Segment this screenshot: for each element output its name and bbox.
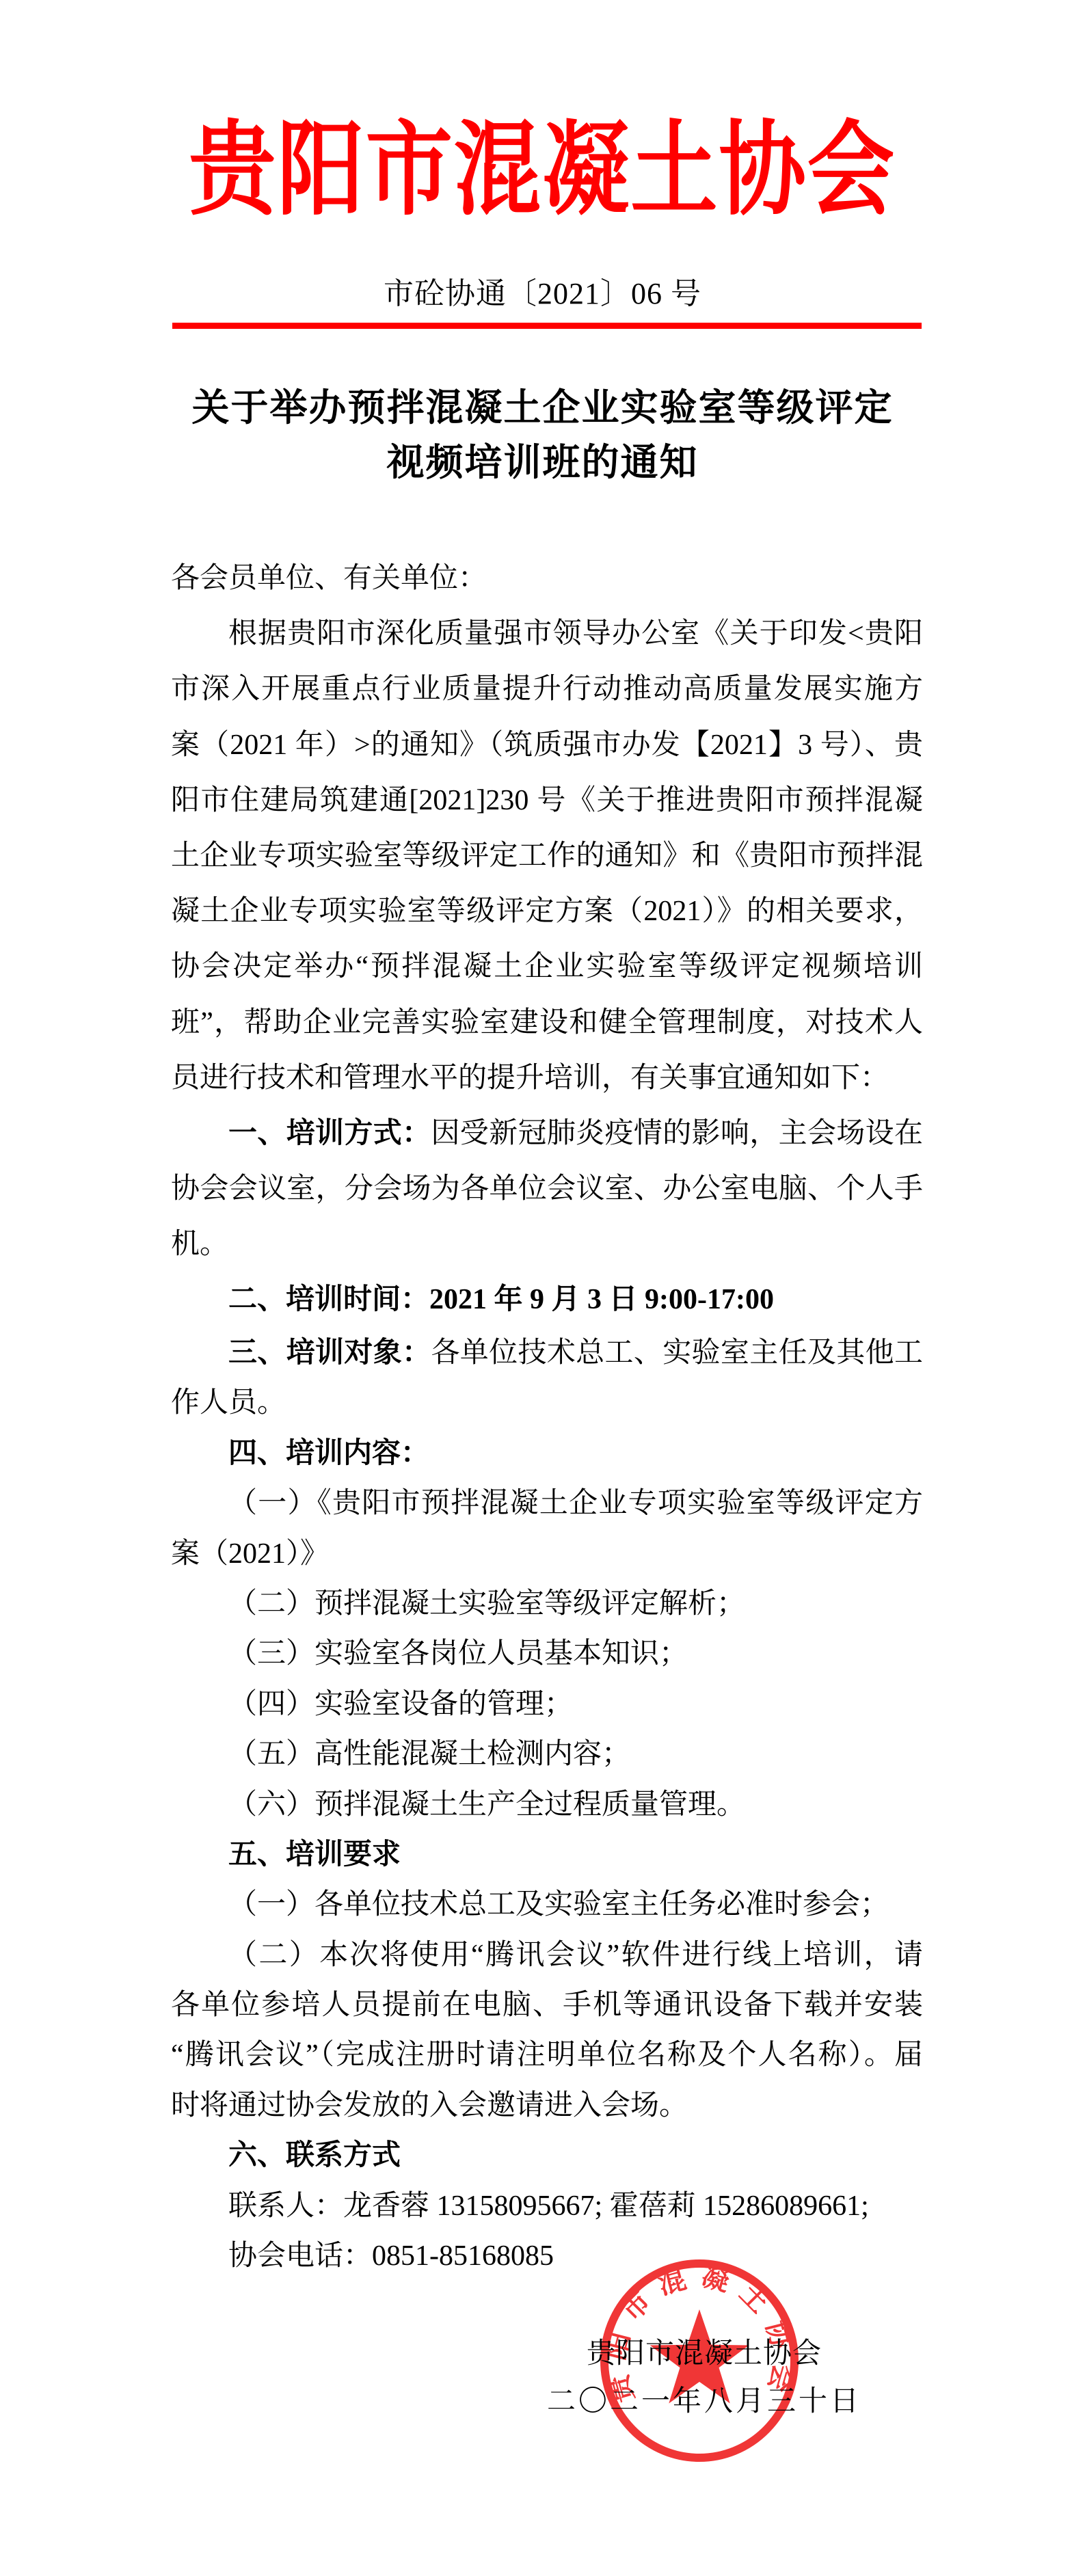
body-line: 协会决定举办“预拌混凝土企业实验室等级评定视频培训 [171,939,923,995]
signature-block: 贵阳市混凝土协会 二〇二一年八月三十日 [513,2333,896,2428]
signature-org: 贵阳市混凝土协会 [513,2333,896,2375]
body-line-bold-lead: 五、培训要求 [228,1839,401,1870]
body-line-bold-lead: 三、培训对象： [228,1337,431,1369]
body-line: 各单位参培人员提前在电脑、手机等通讯设备下载并安装 [171,1981,923,2030]
body-line: 三、培训对象：各单位技术总工、实验室主任及其他工 [171,1328,923,1378]
signature-date: 二〇二一年八月三十日 [513,2375,896,2428]
body-line: （二）预拌混凝土实验室等级评定解析； [171,1579,923,1629]
body-line: 班”，帮助企业完善实验室建设和健全管理制度，对技术人 [171,995,923,1051]
body-line: 各会员单位、有关单位： [171,551,923,606]
body-line: （五）高性能混凝土检测内容； [171,1730,923,1780]
body-line: （二）本次将使用“腾讯会议”软件进行线上培训，请 [171,1931,923,1981]
body-line: 一、培训方式：因受新冠肺炎疫情的影响，主会场设在 [171,1106,923,1162]
body-line: 机。 [171,1217,923,1272]
document-title-line1: 关于举办预拌混凝土企业实验室等级评定 [0,380,1085,435]
body-line: 根据贵阳市深化质量强市领导办公室《关于印发<贵阳 [171,606,923,662]
body-line: 二、培训时间：2021 年 9 月 3 日 9:00-17:00 [171,1272,923,1328]
body-line: “腾讯会议”（完成注册时请注明单位名称及个人名称）。届 [171,2030,923,2080]
body-line-bold-lead: 四、培训内容： [228,1438,429,1469]
document-title: 关于举办预拌混凝土企业实验室等级评定 视频培训班的通知 [0,380,1085,489]
letterhead-divider-rule [172,323,922,329]
body-text-zone2: 三、培训对象：各单位技术总工、实验室主任及其他工作人员。四、培训内容：（一）《贵… [171,1328,923,2281]
body-line: 协会电话：0851-85168085 [171,2231,923,2281]
body-line-bold-lead: 六、联系方式 [228,2140,401,2171]
body-line: 案（2021）》 [171,1529,923,1579]
body-line: 时将通过协会发放的入会邀请进入会场。 [171,2081,923,2131]
body-line: （六）预拌混凝土生产全过程质量管理。 [171,1780,923,1830]
notice-document-page: 贵阳市混凝土协会 市砼协通〔2021〕06 号 关于举办预拌混凝土企业实验室等级… [0,0,1085,2576]
body-line: 土企业专项实验室等级评定工作的通知》和《贵阳市预拌混 [171,829,923,884]
body-line: （三）实验室各岗位人员基本知识； [171,1629,923,1679]
body-line: 员进行技术和管理水平的提升培训，有关事宜通知如下： [171,1051,923,1106]
body-line: （四）实验室设备的管理； [171,1680,923,1730]
letterhead-org-title: 贵阳市混凝土协会 [0,103,1085,239]
body-line: 案（2021 年）>的通知》（筑质强市办发【2021】3 号）、贵 [171,718,923,773]
body-line-bold-lead: 二、培训时间：2021 年 9 月 3 日 9:00-17:00 [228,1284,774,1315]
body-line: 六、联系方式 [171,2131,923,2181]
body-line: 联系人：龙香蓉 13158095667; 霍蓓莉 15286089661; [171,2182,923,2231]
body-line: 阳市住建局筑建通[2021]230 号《关于推进贵阳市预拌混凝 [171,773,923,829]
body-line: 四、培训内容： [171,1429,923,1479]
body-line: 作人员。 [171,1378,923,1428]
body-line: （一）各单位技术总工及实验室主任务必准时参会； [171,1880,923,1930]
body-line-bold-lead: 一、培训方式： [228,1118,431,1149]
document-number: 市砼协通〔2021〕06 号 [0,273,1085,314]
document-title-line2: 视频培训班的通知 [0,435,1085,489]
body-line: 协会会议室，分会场为各单位会议室、办公室电脑、个人手 [171,1162,923,1217]
body-line: （一）《贵阳市预拌混凝土企业专项实验室等级评定方 [171,1479,923,1529]
body-line: 凝土企业专项实验室等级评定方案（2021）》的相关要求， [171,884,923,939]
body-line: 五、培训要求 [171,1830,923,1880]
body-text-zone1: 各会员单位、有关单位：根据贵阳市深化质量强市领导办公室《关于印发<贵阳市深入开展… [171,551,923,1328]
body-line: 市深入开展重点行业质量提升行动推动高质量发展实施方 [171,662,923,717]
